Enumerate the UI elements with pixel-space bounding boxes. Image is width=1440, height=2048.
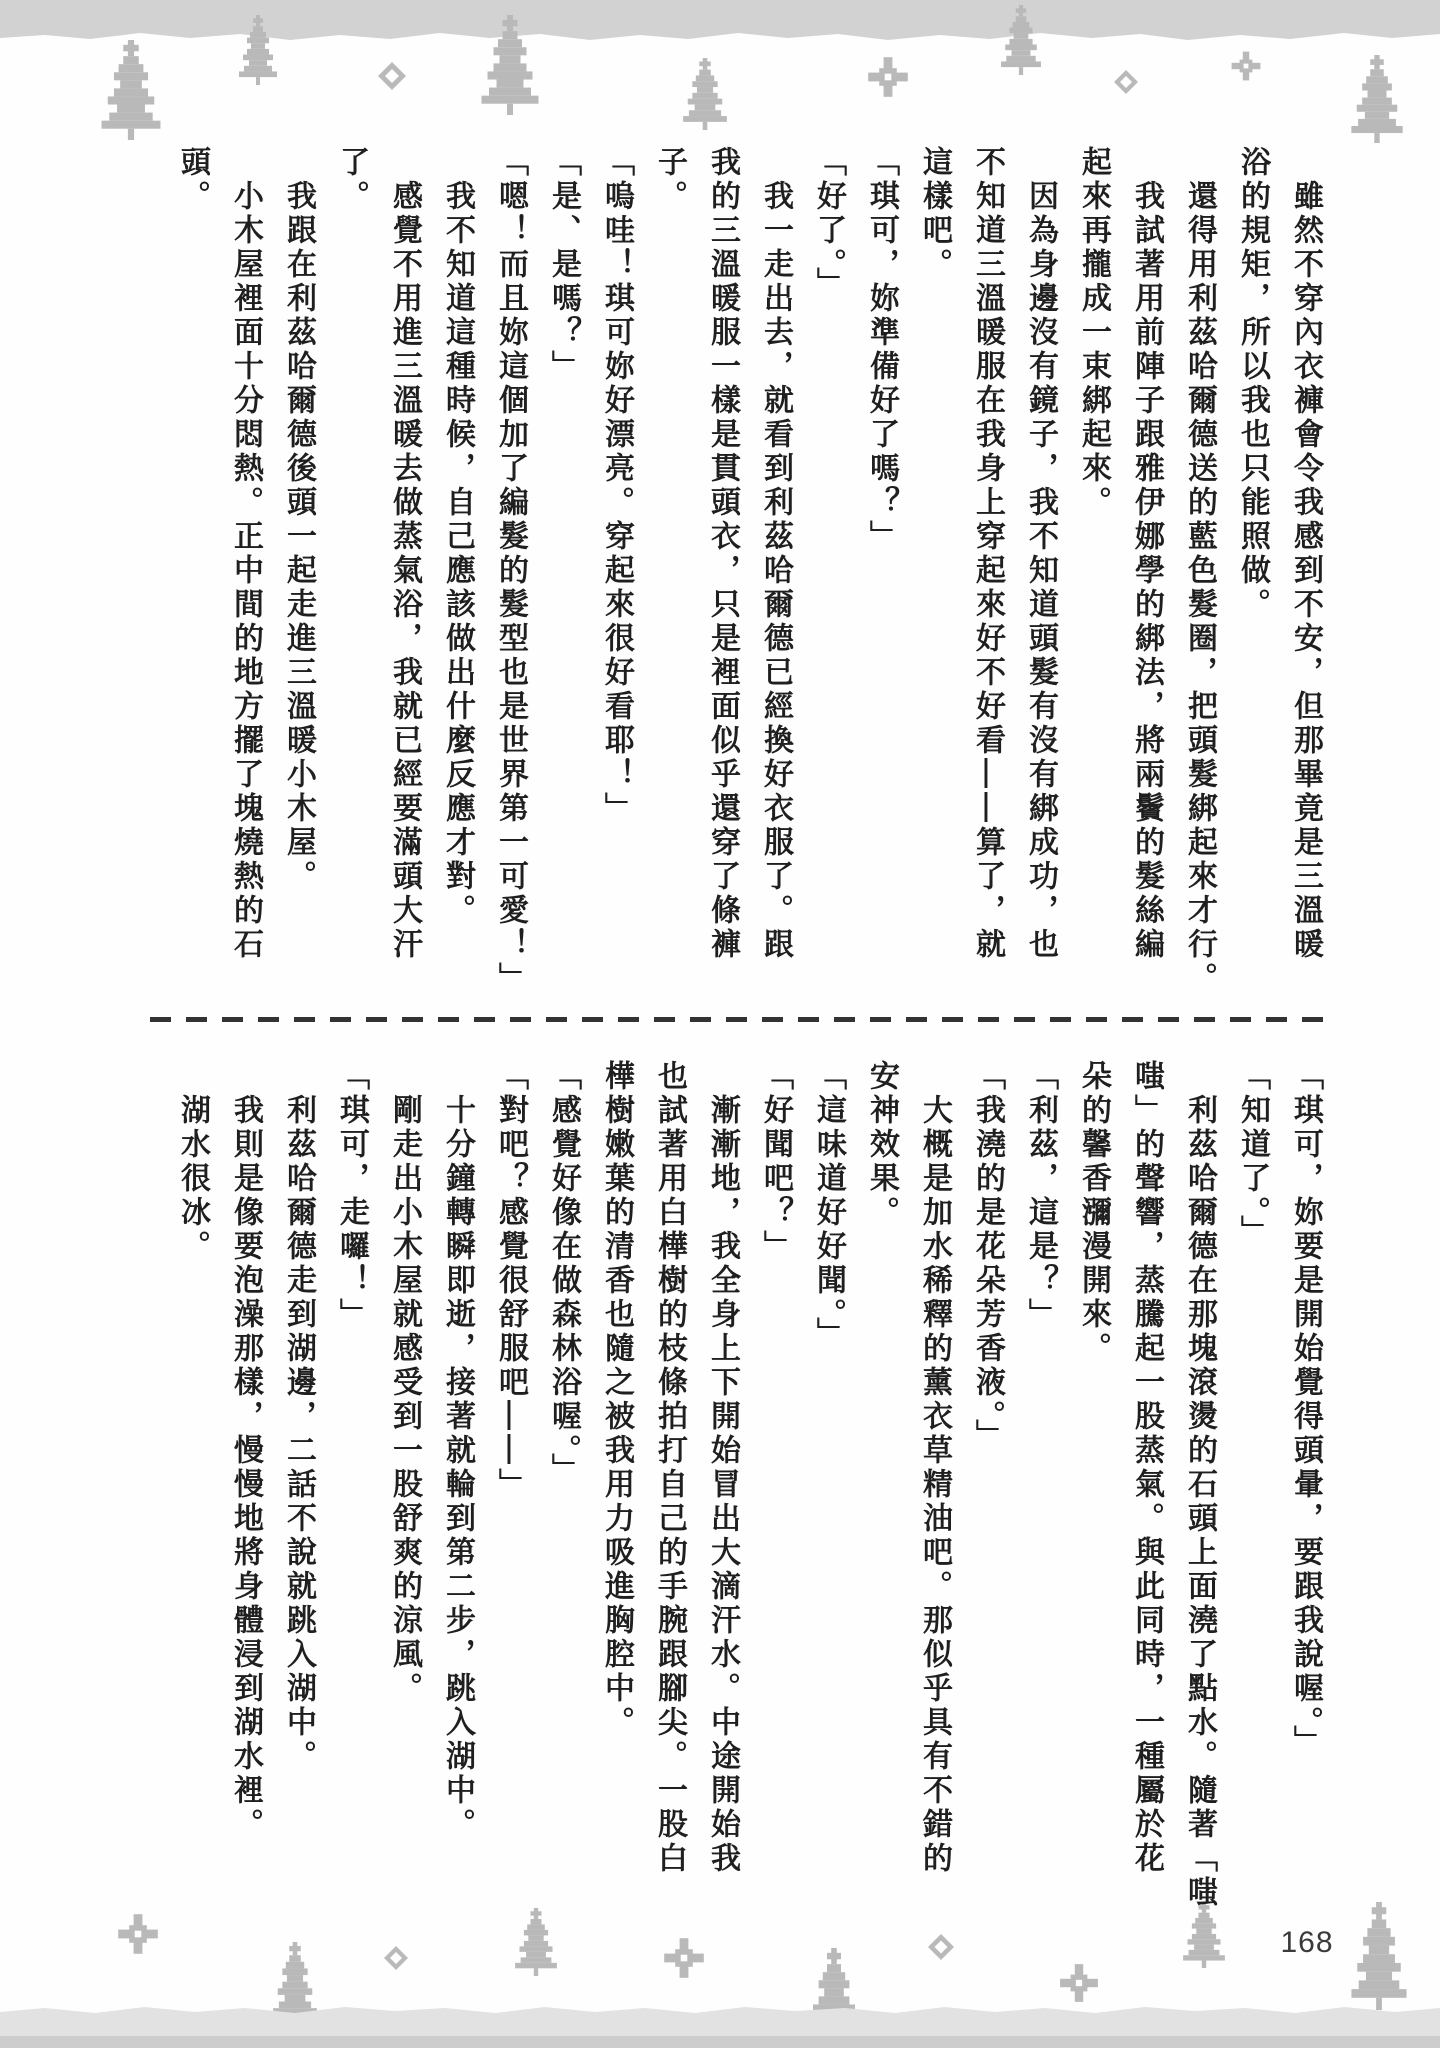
text-column: 「我澆的是花朵芳香液。」: [961, 1060, 1014, 1925]
text-column: 「琪可，妳要是開始覺得頭暈，要跟我說喔。」: [1279, 1060, 1332, 1925]
text-column: 朵的馨香瀰漫開來。: [1067, 1060, 1120, 1925]
text-column: 「知道了。」: [1226, 1060, 1279, 1925]
pine-tree-icon: [1350, 1902, 1408, 2010]
text-column: 嗤」的聲響，蒸騰起一股蒸氣。與此同時，一種屬於花: [1120, 1060, 1173, 1925]
text-column: 我一走出去，就看到利茲哈爾德已經換好衣服了。跟: [749, 146, 802, 1011]
text-block-bottom: 「琪可，妳要是開始覺得頭暈，要跟我說喔。」「知道了。」 利茲哈爾德在那塊滾燙的石…: [166, 1060, 1332, 1925]
text-column: 漸漸地，我全身上下開始冒出大滴汗水。中途開始我: [696, 1060, 749, 1925]
text-column: 樺樹嫩葉的清香也隨之被我用力吸進胸腔中。: [590, 1060, 643, 1925]
pixel-diamond-icon: [378, 62, 406, 90]
text-column: 還得用利茲哈爾德送的藍色髮圈，把頭髮綁起來才行。: [1173, 146, 1226, 1011]
text-column: 浴的規矩，所以我也只能照做。: [1226, 146, 1279, 1011]
text-block-top: 雖然不穿內衣褲會令我感到不安，但那畢竟是三溫暖浴的規矩，所以我也只能照做。 還得…: [166, 146, 1332, 1011]
text-column: 我不知道這種時候，自己應該做出什麼反應才對。: [431, 146, 484, 1011]
pixel-cross-icon: [1230, 50, 1262, 82]
text-column: 「是、是嗎？」: [537, 146, 590, 1011]
text-column: 「嗚哇！琪可妳好漂亮。穿起來很好看耶！」: [590, 146, 643, 1011]
pixel-diamond-icon: [1114, 70, 1138, 94]
pixel-cross-icon: [866, 55, 910, 99]
pixel-cross-icon: [116, 1912, 160, 1956]
pine-tree-icon: [682, 58, 728, 130]
text-column: 我試著用前陣子跟雅伊娜學的綁法，將兩鬢的髮絲編: [1120, 146, 1173, 1011]
text-column: 安神效果。: [855, 1060, 908, 1925]
snow-band-bottom-strip: [0, 2036, 1440, 2048]
pixel-cross-icon: [662, 1936, 706, 1980]
text-column: 子。: [643, 146, 696, 1011]
text-column: 感覺不用進三溫暖去做蒸氣浴，我就已經要滿頭大汗: [378, 146, 431, 1011]
page-number: 168: [1267, 1926, 1347, 1960]
text-column: 「這味道好好聞。」: [802, 1060, 855, 1925]
book-page: 雖然不穿內衣褲會令我感到不安，但那畢竟是三溫暖浴的規矩，所以我也只能照做。 還得…: [0, 0, 1440, 2048]
text-column: 雖然不穿內衣褲會令我感到不安，但那畢竟是三溫暖: [1279, 146, 1332, 1011]
snow-band-top: [0, 0, 1440, 44]
text-column: 利茲哈爾德在那塊滾燙的石頭上面澆了點水。隨著「嗤: [1173, 1060, 1226, 1925]
text-column: 「好了。」: [802, 146, 855, 1011]
pine-tree-icon: [480, 15, 540, 115]
text-column: 剛走出小木屋就感受到一股舒爽的涼風。: [378, 1060, 431, 1925]
text-column: 因為身邊沒有鏡子，我不知道頭髮有沒有綁成功，也: [1014, 146, 1067, 1011]
text-column: 「嗯！而且妳這個加了編髮的髮型也是世界第一可愛！」: [484, 146, 537, 1011]
text-column: 起來再攏成一束綁起來。: [1067, 146, 1120, 1011]
text-column: 大概是加水稀釋的薰衣草精油吧。那似乎具有不錯的: [908, 1060, 961, 1925]
pine-tree-icon: [1000, 5, 1042, 75]
text-column: 了。: [325, 146, 378, 1011]
text-column: 小木屋裡面十分悶熱。正中間的地方擺了塊燒熱的石: [219, 146, 272, 1011]
text-column: 「利茲，這是？」: [1014, 1060, 1067, 1925]
pine-tree-icon: [238, 15, 278, 85]
text-column: 「感覺好像在做森林浴喔。」: [537, 1060, 590, 1925]
pine-tree-icon: [1350, 55, 1404, 143]
text-column: 「琪可，妳準備好了嗎？」: [855, 146, 908, 1011]
text-column: 我的三溫暖服一樣是貫頭衣，只是裡面似乎還穿了條褲: [696, 146, 749, 1011]
pixel-diamond-icon: [384, 1946, 408, 1970]
text-column: 不知道三溫暖服在我身上穿起來好不好看——算了，就: [961, 146, 1014, 1011]
pixel-diamond-icon: [928, 1934, 954, 1960]
text-column: 頭。: [166, 146, 219, 1011]
text-column: 「好聞吧？」: [749, 1060, 802, 1925]
text-column: 這樣吧。: [908, 146, 961, 1011]
text-column: 利茲哈爾德走到湖邊，二話不說就跳入湖中。: [272, 1060, 325, 1925]
text-column: 十分鐘轉瞬即逝，接著就輪到第二步，跳入湖中。: [431, 1060, 484, 1925]
pine-tree-icon: [100, 40, 162, 140]
text-column: 「琪可，走囉！」: [325, 1060, 378, 1925]
pixel-cross-icon: [1058, 1962, 1100, 2004]
text-column: 我則是像要泡澡那樣，慢慢地將身體浸到湖水裡。: [219, 1060, 272, 1925]
text-column: 我跟在利茲哈爾德後頭一起走進三溫暖小木屋。: [272, 146, 325, 1011]
text-column: 也試著用白樺樹的枝條拍打自己的手腕跟腳尖。一股白: [643, 1060, 696, 1925]
section-divider: [150, 1017, 1335, 1022]
text-column: 湖水很冰。: [166, 1060, 219, 1925]
text-column: 「對吧？感覺很舒服吧——」: [484, 1060, 537, 1925]
